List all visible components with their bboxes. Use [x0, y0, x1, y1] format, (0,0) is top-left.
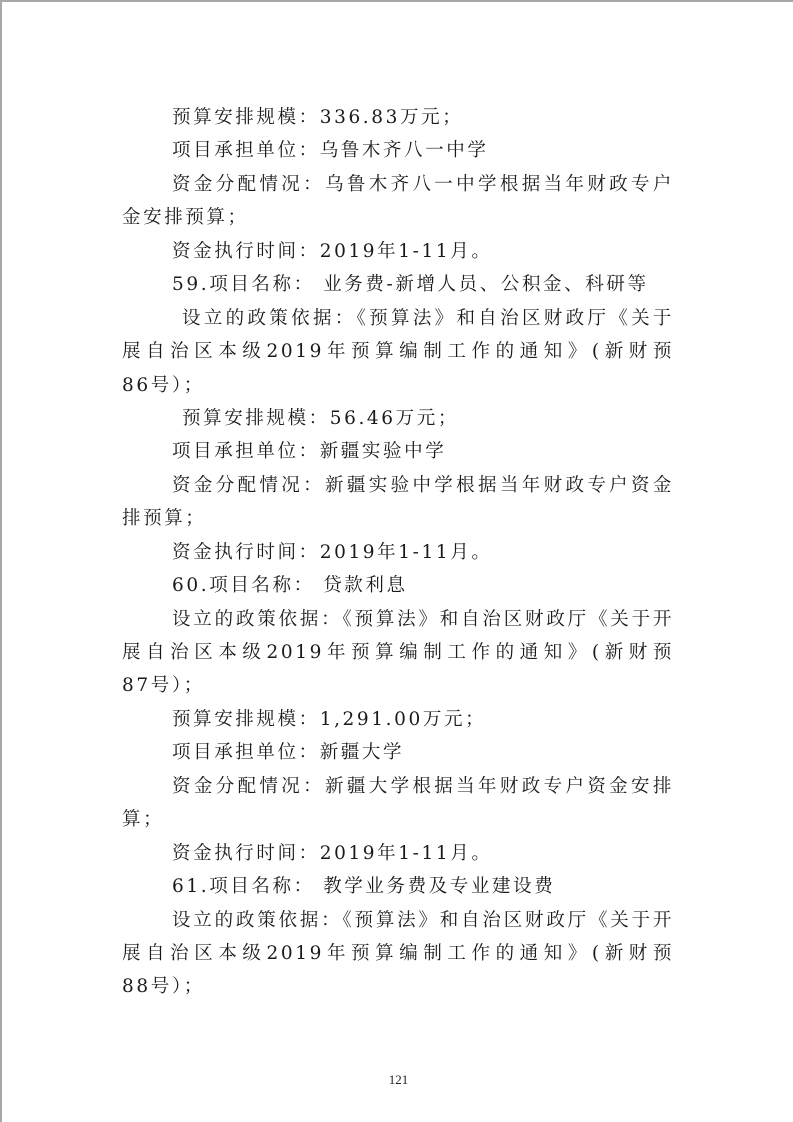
text-line: 预算安排规模：336.83万元； [122, 101, 674, 134]
text-line: 88号）； [122, 970, 674, 1003]
text-line: 算； [122, 803, 674, 836]
text-line: 资金分配情况：新疆大学根据当年财政专户资金安排预 [122, 770, 674, 803]
text-line: 展自治区本级2019年预算编制工作的通知》(新财预〔2018〕 [122, 636, 674, 669]
text-line: 86号）； [122, 369, 674, 402]
text-line: 金安排预算； [122, 201, 674, 234]
text-line: 项目承担单位：新疆大学 [122, 736, 674, 769]
document-page: 预算安排规模：336.83万元； 项目承担单位：乌鲁木齐八一中学 资金分配情况：… [0, 0, 793, 1122]
project-title-60: 60.项目名称： 贷款利息 [122, 569, 674, 602]
text-line: 展自治区本级2019年预算编制工作的通知》(新财预〔2018〕 [122, 335, 674, 368]
text-line: 排预算； [122, 502, 674, 535]
document-body: 预算安排规模：336.83万元； 项目承担单位：乌鲁木齐八一中学 资金分配情况：… [122, 101, 674, 1004]
text-line: 设立的政策依据：《预算法》和自治区财政厅《关于开 [122, 302, 674, 335]
text-line: 预算安排规模：1,291.00万元； [122, 703, 674, 736]
text-line: 资金执行时间：2019年1-11月。 [122, 536, 674, 569]
page-number: 121 [2, 1072, 793, 1088]
project-title-59: 59.项目名称： 业务费-新增人员、公积金、科研等 [122, 268, 674, 301]
text-line: 资金分配情况：乌鲁木齐八一中学根据当年财政专户资 [122, 168, 674, 201]
text-line: 设立的政策依据：《预算法》和自治区财政厅《关于开 [122, 904, 674, 937]
text-line: 设立的政策依据：《预算法》和自治区财政厅《关于开 [122, 603, 674, 636]
text-line: 资金执行时间：2019年1-11月。 [122, 235, 674, 268]
text-line: 项目承担单位：新疆实验中学 [122, 435, 674, 468]
text-line: 87号）； [122, 669, 674, 702]
text-line: 资金执行时间：2019年1-11月。 [122, 837, 674, 870]
text-line: 项目承担单位：乌鲁木齐八一中学 [122, 134, 674, 167]
text-line: 预算安排规模：56.46万元； [122, 402, 674, 435]
text-line: 展自治区本级2019年预算编制工作的通知》(新财预〔2018〕 [122, 937, 674, 970]
project-title-61: 61.项目名称： 教学业务费及专业建设费 [122, 870, 674, 903]
text-line: 资金分配情况：新疆实验中学根据当年财政专户资金安 [122, 469, 674, 502]
